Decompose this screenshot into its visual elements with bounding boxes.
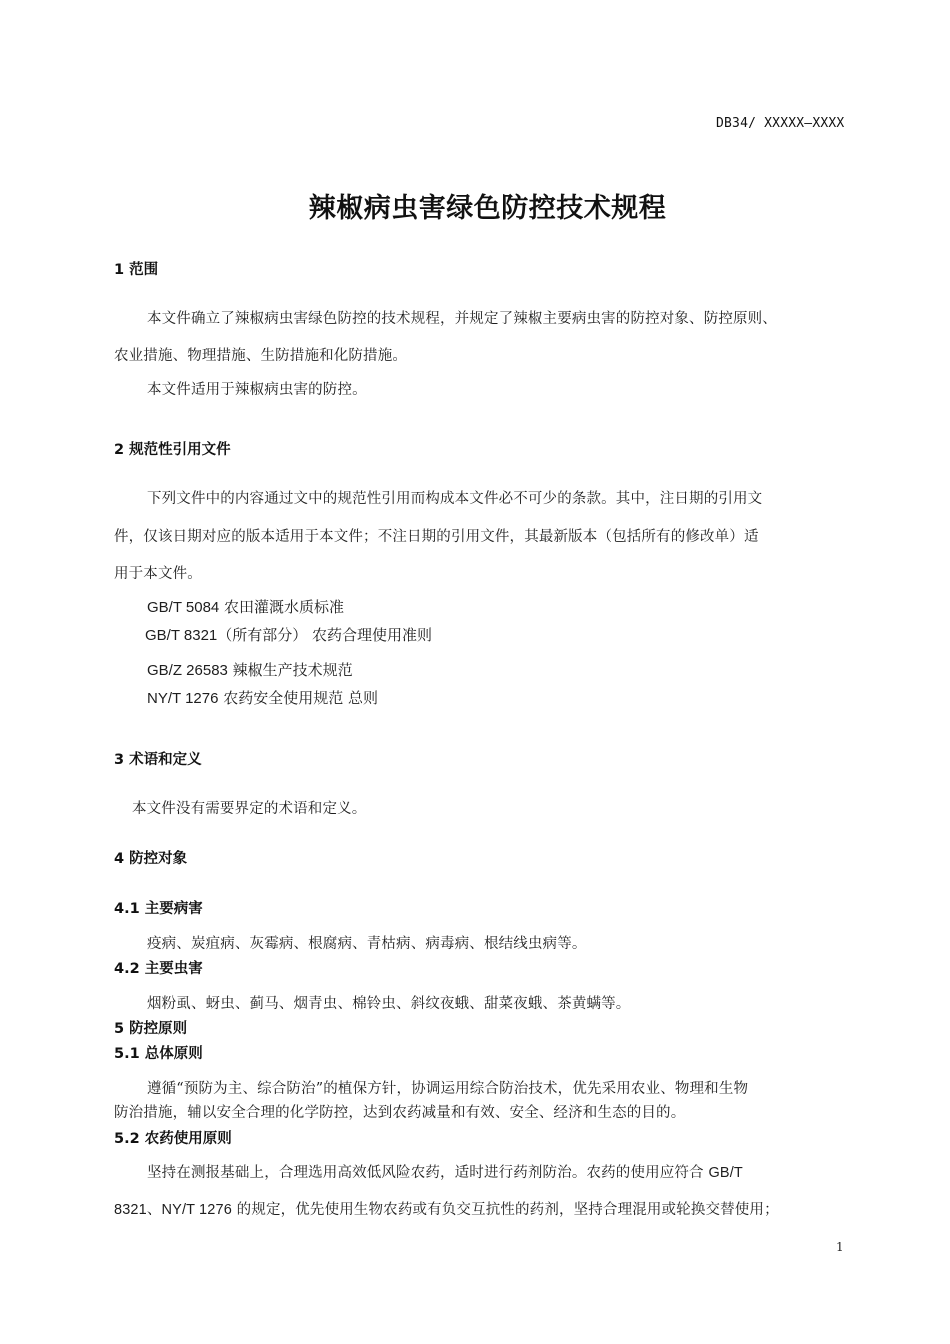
section-3-paragraph: 本文件没有需要界定的术语和定义。 <box>132 797 366 818</box>
section-4-2-text: 烟粉虱、蚜虫、蓟马、烟青虫、棉铃虫、斜纹夜蛾、甜菜夜蛾、茶黄螨等。 <box>147 992 630 1013</box>
section-1-paragraph-line-1: 本文件确立了辣椒病虫害绿色防控的技术规程，并规定了辣椒主要病虫害的防控对象、防控… <box>147 307 777 328</box>
section-4-2-heading: 4.2 主要虫害 <box>114 957 203 978</box>
section-2-paragraph-line-1: 下列文件中的内容通过文中的规范性引用而构成本文件必不可少的条款。其中，注日期的引… <box>147 487 762 508</box>
section-4-heading: 4 防控对象 <box>114 847 187 868</box>
reference-name: 辣椒生产技术规范 <box>228 661 353 679</box>
section-5-2-line-2: 8321、NY/T 1276 的规定，优先使用生物农药或有负交互抗性的药剂，坚持… <box>114 1198 779 1219</box>
section-4-1-text: 疫病、炭疽病、灰霉病、根腐病、青枯病、病毒病、根结线虫病等。 <box>147 932 587 953</box>
reference-name: 农药安全使用规范 总则 <box>218 689 378 707</box>
section-5-2-line-2-codes: 8321、NY/T 1276 <box>114 1202 232 1218</box>
section-2-heading: 2 规范性引用文件 <box>114 438 231 459</box>
reference-code: GB/Z 26583 <box>147 662 228 679</box>
section-5-2-line-2-text: 的规定，优先使用生物农药或有负交互抗性的药剂，坚持合理混用或轮换交替使用； <box>232 1202 779 1218</box>
section-4-1-heading: 4.1 主要病害 <box>114 897 203 918</box>
section-1-paragraph-line-2: 农业措施、物理措施、生防措施和化防措施。 <box>114 344 407 365</box>
document-code: DB34/ XXXXX—XXXX <box>716 116 844 131</box>
section-1-paragraph-2: 本文件适用于辣椒病虫害的防控。 <box>147 378 367 399</box>
reference-item: GB/Z 26583 辣椒生产技术规范 <box>147 659 353 680</box>
section-5-heading: 5 防控原则 <box>114 1017 187 1038</box>
section-5-2-heading: 5.2 农药使用原则 <box>114 1127 232 1148</box>
section-5-2-line-1-code: GB/T <box>708 1165 742 1181</box>
section-3-heading: 3 术语和定义 <box>114 748 202 769</box>
reference-item: GB/T 5084 农田灌溉水质标准 <box>147 596 344 617</box>
section-5-2-line-1: 坚持在测报基础上，合理选用高效低风险农药，适时进行药剂防治。农药的使用应符合 G… <box>147 1161 743 1182</box>
section-5-1-line-1: 遵循“预防为主、综合防治”的植保方针，协调运用综合防治技术，优先采用农业、物理和… <box>147 1077 748 1098</box>
reference-code: GB/T 5084 <box>147 599 219 616</box>
reference-item: NY/T 1276 农药安全使用规范 总则 <box>147 687 378 708</box>
reference-code: NY/T 1276 <box>147 690 218 707</box>
document-title: 辣椒病虫害绿色防控技术规程 <box>0 186 950 225</box>
section-5-2-line-1-text: 坚持在测报基础上，合理选用高效低风险农药，适时进行药剂防治。农药的使用应符合 <box>147 1165 708 1181</box>
reference-name: 农田灌溉水质标准 <box>219 598 344 616</box>
reference-item: GB/T 8321（所有部分） 农药合理使用准则 <box>145 624 432 645</box>
section-5-1-heading: 5.1 总体原则 <box>114 1042 203 1063</box>
section-2-paragraph-line-2: 件，仅该日期对应的版本适用于本文件；不注日期的引用文件，其最新版本（包括所有的修… <box>114 525 759 546</box>
page-number: 1 <box>836 1240 844 1254</box>
reference-name: （所有部分） 农药合理使用准则 <box>217 626 432 644</box>
reference-code: GB/T 8321 <box>145 627 217 644</box>
section-2-paragraph-line-3: 用于本文件。 <box>114 562 202 583</box>
section-1-heading: 1 范围 <box>114 258 158 279</box>
section-5-1-line-2: 防治措施，辅以安全合理的化学防控，达到农药减量和有效、安全、经济和生态的目的。 <box>114 1101 685 1122</box>
